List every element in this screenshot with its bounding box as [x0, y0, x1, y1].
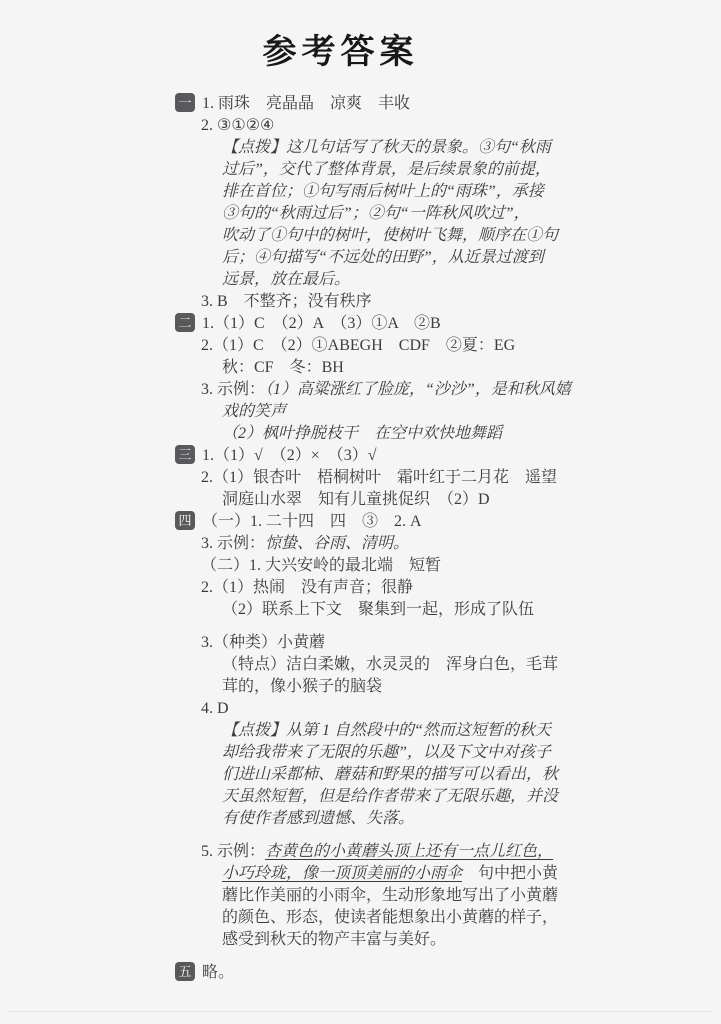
answer-text: 后；④句描写“不远处的田野”，从近景过渡到 — [222, 249, 544, 266]
answer-text: 杏黄色的小黄蘑头顶上还有一点儿红色， — [265, 843, 553, 860]
answer-line: 3. B 不整齐；没有秩序 — [175, 291, 595, 313]
answer-line: 3. 示例：惊蛰、谷雨、清明。 — [175, 533, 595, 555]
answer-line: 过后”，交代了整体背景，是后续景象的前提， — [175, 159, 595, 181]
answer-line: 后；④句描写“不远处的田野”，从近景过渡到 — [175, 247, 595, 269]
answer-line: 2.（1）C （2）①ABEGH CDF ②夏：EG — [175, 335, 595, 357]
answer-text: 有使作者感到遗憾、失落。 — [222, 810, 414, 827]
answer-text: 排在首位；①句写雨后树叶上的“雨珠”，承接 — [222, 183, 544, 200]
answer-line: 有使作者感到遗憾、失落。 — [175, 808, 595, 830]
section-3: 三1.（1）√ （2）× （3）√2.（1）银杏叶 梧桐树叶 霜叶红于二月花 遥… — [175, 445, 595, 511]
answer-text: （特点）洁白柔嫩，水灵灵的 浑身白色，毛茸 — [222, 656, 558, 673]
answer-text: 2.（1）银杏叶 梧桐树叶 霜叶红于二月花 遥望 — [201, 469, 557, 486]
answer-text: 戏的笑声 — [222, 403, 286, 420]
answer-line: （特点）洁白柔嫩，水灵灵的 浑身白色，毛茸 — [175, 654, 595, 676]
answer-line: ③句的“秋雨过后”；②句“一阵秋风吹过”， — [175, 203, 595, 225]
answer-line: 洞庭山水翠 知有儿童挑促织 （2）D — [175, 489, 595, 511]
answer-line: 排在首位；①句写雨后树叶上的“雨珠”，承接 — [175, 181, 595, 203]
section-2-badge: 二 — [175, 313, 195, 332]
answer-text: 2.（1）C （2）①ABEGH CDF ②夏：EG — [201, 337, 515, 354]
answer-text: （2）枫叶挣脱枝干 在空中欢快地舞蹈 — [222, 425, 502, 442]
answer-text: （1）高粱涨红了脸庞，“沙沙”，是和秋风嬉 — [265, 381, 571, 398]
answer-text: 茸的，像小猴子的脑袋 — [222, 678, 382, 695]
answer-line: 茸的，像小猴子的脑袋 — [175, 676, 595, 698]
answer-text: 却给我带来了无限的乐趣”，以及下文中对孩子 — [222, 744, 551, 761]
answer-line: 秋：CF 冬：BH — [175, 357, 595, 379]
scan-page-edge — [8, 1011, 713, 1012]
page-title: 参考答案 — [0, 0, 681, 73]
answer-line: 三1.（1）√ （2）× （3）√ — [175, 445, 595, 467]
answer-line: 们进山采都柿、蘑菇和野果的描写可以看出，秋 — [175, 764, 595, 786]
answer-line: 【点拨】从第 1 自然段中的“然而这短暂的秋天 — [175, 720, 595, 742]
answer-text: 1.（1）√ （2）× （3）√ — [202, 447, 377, 464]
answer-text: 2. ③①②④ — [201, 117, 274, 134]
answer-line: 3.（种类）小黄蘑 — [175, 632, 595, 654]
answer-line: 5. 示例：杏黄色的小黄蘑头顶上还有一点儿红色， — [175, 841, 595, 863]
answer-text: 3.（种类）小黄蘑 — [201, 634, 325, 651]
answer-line: （二）1. 大兴安岭的最北端 短暂 — [175, 555, 595, 577]
answer-text: 小巧玲珑，像一顶顶美丽的小雨伞 — [222, 865, 462, 882]
answer-text: 【点拨】从第 1 自然段中的“然而这短暂的秋天 — [222, 722, 551, 739]
answer-line: （2）联系上下文 聚集到一起，形成了队伍 — [175, 599, 595, 621]
answer-text: 略。 — [202, 964, 234, 981]
answer-text: 4. D — [201, 700, 229, 717]
section-1-badge: 一 — [175, 93, 195, 112]
answer-line: 【点拨】这几句话写了秋天的景象。③句“秋雨 — [175, 137, 595, 159]
answer-text: 天虽然短暂，但是给作者带来了无限乐趣，并没 — [222, 788, 558, 805]
answer-line: 4. D — [175, 698, 595, 720]
section-4: 四（一）1. 二十四 四 ③ 2. A3. 示例：惊蛰、谷雨、清明。（二）1. … — [175, 511, 595, 951]
answer-text: 3. B 不整齐；没有秩序 — [201, 293, 372, 310]
answer-text: ③句的“秋雨过后”；②句“一阵秋风吹过”， — [222, 205, 530, 222]
answer-line: 2.（1）银杏叶 梧桐树叶 霜叶红于二月花 遥望 — [175, 467, 595, 489]
answer-line: 四（一）1. 二十四 四 ③ 2. A — [175, 511, 595, 533]
scanned-answer-page: { "title": "参考答案", "colors": { "page_bac… — [0, 0, 721, 1024]
answer-text: 秋：CF 冬：BH — [222, 359, 344, 376]
answer-text: （二）1. 大兴安岭的最北端 短暂 — [201, 557, 441, 574]
section-4-badge: 四 — [175, 511, 195, 530]
answer-text: 感受到秋天的物产丰富与美好。 — [222, 931, 446, 948]
answer-text: 3. 示例： — [201, 535, 265, 552]
answer-text: 们进山采都柿、蘑菇和野果的描写可以看出，秋 — [222, 766, 558, 783]
answer-text: （2）联系上下文 聚集到一起，形成了队伍 — [222, 601, 534, 618]
answer-text: 吹动了①句中的树叶，使树叶飞舞，顺序在①句 — [222, 227, 558, 244]
answer-line: 2.（1）热闹 没有声音；很静 — [175, 577, 595, 599]
answer-text: 1. 雨珠 亮晶晶 凉爽 丰收 — [202, 95, 410, 112]
answer-line: 吹动了①句中的树叶，使树叶飞舞，顺序在①句 — [175, 225, 595, 247]
answer-line: （2）枫叶挣脱枝干 在空中欢快地舞蹈 — [175, 423, 595, 445]
answer-text: 1.（1）C （2）A （3）①A ②B — [202, 315, 441, 332]
answer-text: 过后”，交代了整体背景，是后续景象的前提， — [222, 161, 551, 178]
section-5: 五略。 — [175, 962, 595, 984]
answer-line: 远景，放在最后。 — [175, 269, 595, 291]
section-5-badge: 五 — [175, 962, 195, 981]
answer-line: 的颜色、形态，使读者能想象出小黄蘑的样子， — [175, 907, 595, 929]
section-3-badge: 三 — [175, 445, 195, 464]
section-1: 一1. 雨珠 亮晶晶 凉爽 丰收2. ③①②④【点拨】这几句话写了秋天的景象。③… — [175, 93, 595, 313]
answer-line: 却给我带来了无限的乐趣”，以及下文中对孩子 — [175, 742, 595, 764]
answer-text: 【点拨】这几句话写了秋天的景象。③句“秋雨 — [222, 139, 551, 156]
answer-text: 远景，放在最后。 — [222, 271, 350, 288]
answer-text: 的颜色、形态，使读者能想象出小黄蘑的样子， — [222, 909, 558, 926]
section-2: 二1.（1）C （2）A （3）①A ②B2.（1）C （2）①ABEGH CD… — [175, 313, 595, 445]
answer-text: 句中把小黄 — [462, 865, 558, 882]
answer-text: 蘑比作美丽的小雨伞，生动形象地写出了小黄蘑 — [222, 887, 558, 904]
answer-text: 5. 示例： — [201, 843, 265, 860]
answer-line: 3. 示例：（1）高粱涨红了脸庞，“沙沙”，是和秋风嬉 — [175, 379, 595, 401]
answer-body: 一1. 雨珠 亮晶晶 凉爽 丰收2. ③①②④【点拨】这几句话写了秋天的景象。③… — [0, 93, 595, 984]
answer-line: 天虽然短暂，但是给作者带来了无限乐趣，并没 — [175, 786, 595, 808]
answer-line: 一1. 雨珠 亮晶晶 凉爽 丰收 — [175, 93, 595, 115]
answer-text: 惊蛰、谷雨、清明。 — [265, 535, 409, 552]
answer-line: 二1.（1）C （2）A （3）①A ②B — [175, 313, 595, 335]
answer-line: 感受到秋天的物产丰富与美好。 — [175, 929, 595, 951]
answer-text: 洞庭山水翠 知有儿童挑促织 （2）D — [222, 491, 490, 508]
answer-line: 五略。 — [175, 962, 595, 984]
answer-text: 3. 示例： — [201, 381, 265, 398]
answer-line: 戏的笑声 — [175, 401, 595, 423]
answer-line: 蘑比作美丽的小雨伞，生动形象地写出了小黄蘑 — [175, 885, 595, 907]
answer-line: 小巧玲珑，像一顶顶美丽的小雨伞 句中把小黄 — [175, 863, 595, 885]
answer-line: 2. ③①②④ — [175, 115, 595, 137]
answer-text: （一）1. 二十四 四 ③ 2. A — [202, 513, 422, 530]
answer-text: 2.（1）热闹 没有声音；很静 — [201, 579, 413, 596]
